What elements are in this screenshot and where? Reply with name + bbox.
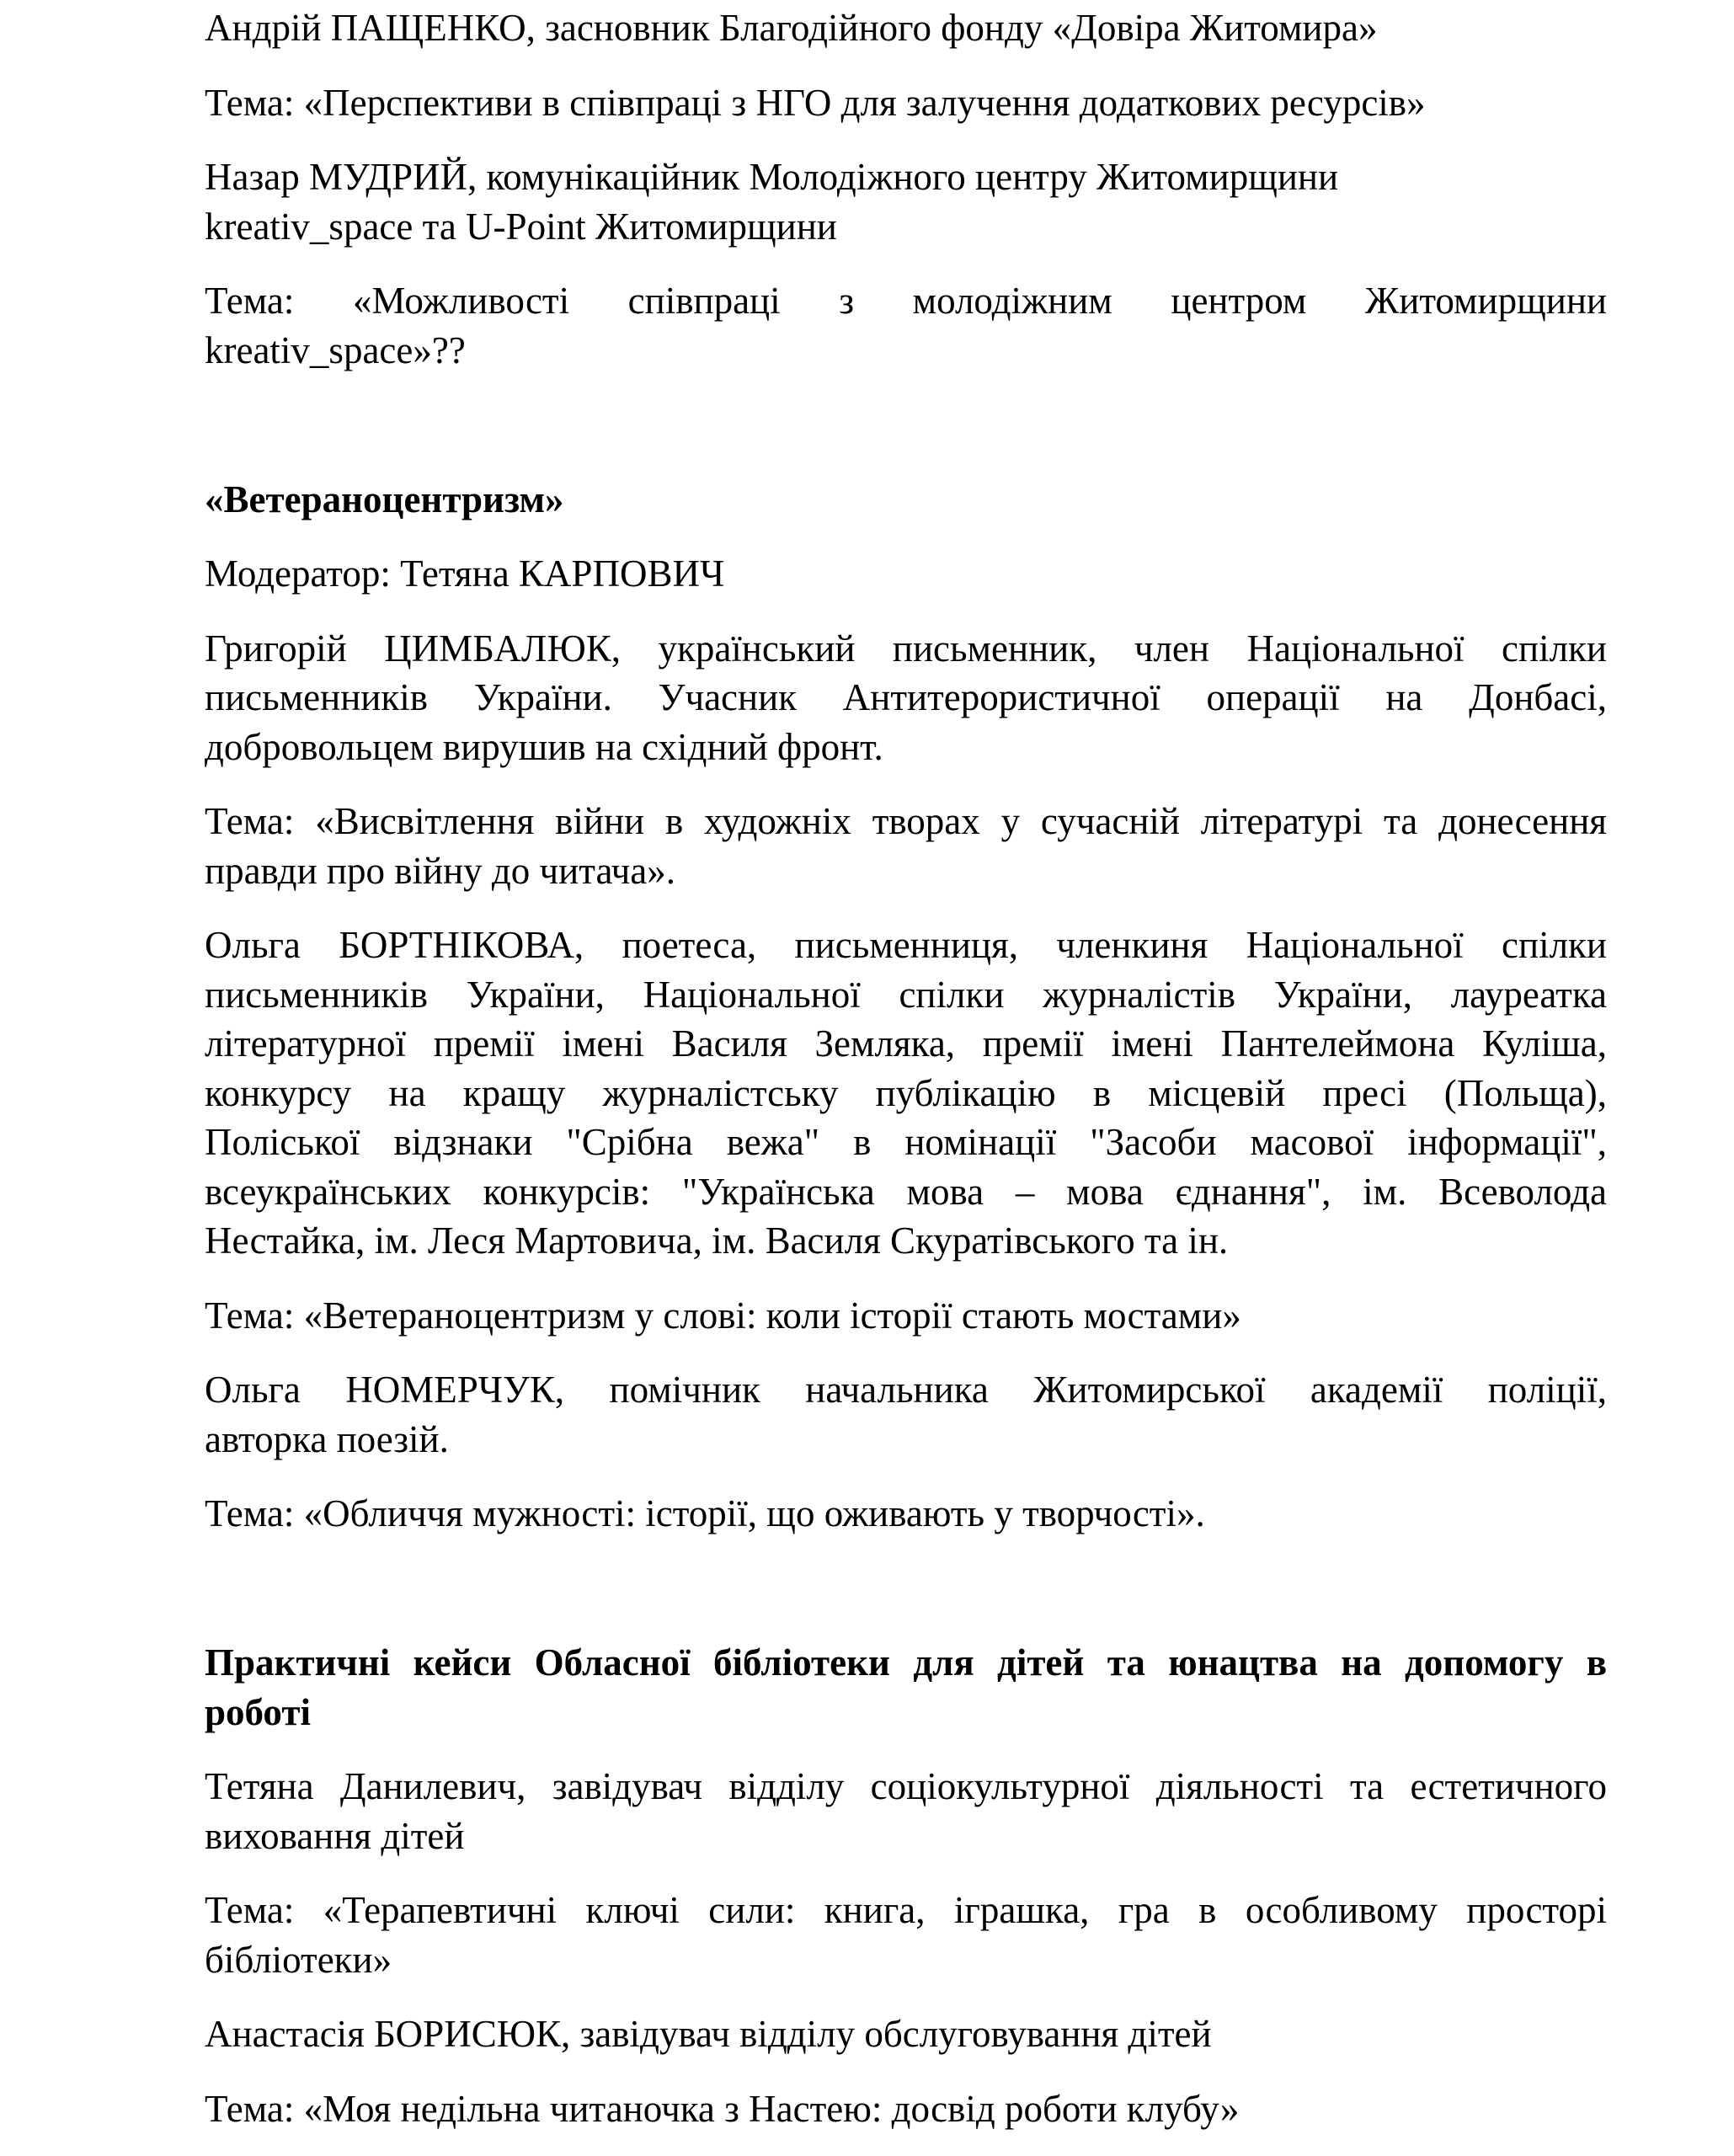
speaker-paragraph: Ольга БОРТНІКОВА, поетеса, письменниця, …: [205, 921, 1607, 1266]
paragraph-line: Ольга БОРТНІКОВА, поетеса, письменниця, …: [205, 921, 1607, 970]
paragraph-line: правди про війну до читача».: [205, 846, 1607, 896]
paragraph-line: Андрій ПАЩЕНКО, засновник Благодійного ф…: [205, 3, 1607, 53]
speaker-paragraph: Анастасія БОРИСЮК, завідувач відділу обс…: [205, 2009, 1607, 2059]
empty-paragraph: [205, 400, 1607, 450]
empty-paragraph: [205, 1564, 1607, 1614]
speaker-paragraph: Назар МУДРИЙ, комунікаційник Молодіжного…: [205, 152, 1607, 251]
paragraph-line: kreativ_space»??: [205, 326, 1607, 376]
paragraph-line: Тема: «Висвітлення війни в художніх твор…: [205, 797, 1607, 846]
topic-paragraph: Тема: «Висвітлення війни в художніх твор…: [205, 797, 1607, 895]
paragraph-line: всеукраїнських конкурсів: "Українська мо…: [205, 1167, 1607, 1217]
section-heading-veterans: «Ветераноцентризм»: [205, 475, 1607, 525]
moderator-paragraph: Модератор: Тетяна КАРПОВИЧ: [205, 549, 1607, 599]
topic-paragraph: Тема: «Ветераноцентризм у слові: коли іс…: [205, 1291, 1607, 1341]
paragraph-line: Тетяна Данилевич, завідувач відділу соці…: [205, 1762, 1607, 1812]
paragraph-line: kreativ_space та U-Point Житомирщини: [205, 202, 1607, 252]
paragraph-line: Тема: «Перспективи в співпраці з НГО для…: [205, 78, 1607, 128]
section-heading-line: роботі: [205, 1688, 1607, 1737]
paragraph-line: Нестайка, ім. Леся Мартовича, ім. Василя…: [205, 1216, 1607, 1266]
speaker-paragraph: Григорій ЦИМБАЛЮК, український письменни…: [205, 624, 1607, 772]
paragraph-line: Тема: «Ветераноцентризм у слові: коли іс…: [205, 1291, 1607, 1341]
paragraph-line: Назар МУДРИЙ, комунікаційник Молодіжного…: [205, 152, 1607, 202]
paragraph-line: Тема: «Можливості співпраці з молодіжним…: [205, 276, 1607, 326]
paragraph-line: добровольцем вирушив на східний фронт.: [205, 723, 1607, 772]
paragraph-line: авторка поезій.: [205, 1415, 1607, 1465]
topic-paragraph: Тема: «Обличчя мужності: історії, що ожи…: [205, 1489, 1607, 1539]
paragraph-line: письменників України, Національної спілк…: [205, 970, 1607, 1020]
paragraph-line: Ольга НОМЕРЧУК, помічник начальника Жито…: [205, 1365, 1607, 1415]
section-heading-line: Практичні кейси Обласної бібліотеки для …: [205, 1638, 1607, 1688]
paragraph-line: конкурсу на кращу журналістську публікац…: [205, 1069, 1607, 1118]
paragraph-line: Анастасія БОРИСЮК, завідувач відділу обс…: [205, 2009, 1607, 2059]
paragraph-line: Григорій ЦИМБАЛЮК, український письменни…: [205, 624, 1607, 674]
topic-paragraph: Тема: «Моя недільна читаночка з Настею: …: [205, 2084, 1607, 2134]
topic-paragraph: Тема: «Терапевтичні ключі сили: книга, і…: [205, 1886, 1607, 1984]
speaker-paragraph: Тетяна Данилевич, завідувач відділу соці…: [205, 1762, 1607, 1860]
section-heading: «Ветераноцентризм»: [205, 475, 1607, 525]
topic-paragraph: Тема: «Можливості співпраці з молодіжним…: [205, 276, 1607, 375]
paragraph-line: письменників України. Учасник Антитерори…: [205, 673, 1607, 723]
paragraph-line: Модератор: Тетяна КАРПОВИЧ: [205, 549, 1607, 599]
paragraph-line: Тема: «Терапевтичні ключі сили: книга, і…: [205, 1886, 1607, 1935]
paragraph-line: Поліської відзнаки "Срібна вежа" в номін…: [205, 1118, 1607, 1167]
topic-paragraph: Тема: «Перспективи в співпраці з НГО для…: [205, 78, 1607, 128]
paragraph-line: бібліотеки»: [205, 1935, 1607, 1985]
speaker-paragraph: Андрій ПАЩЕНКО, засновник Благодійного ф…: [205, 3, 1607, 53]
speaker-paragraph: Ольга НОМЕРЧУК, помічник начальника Жито…: [205, 1365, 1607, 1464]
document-page: Андрій ПАЩЕНКО, засновник Благодійного ф…: [205, 3, 1607, 2156]
paragraph-line: літературної премії імені Василя Земляка…: [205, 1019, 1607, 1069]
paragraph-line: виховання дітей: [205, 1812, 1607, 1861]
paragraph-line: Тема: «Моя недільна читаночка з Настею: …: [205, 2084, 1607, 2134]
paragraph-line: Тема: «Обличчя мужності: історії, що ожи…: [205, 1489, 1607, 1539]
section-heading-library: Практичні кейси Обласної бібліотеки для …: [205, 1638, 1607, 1737]
